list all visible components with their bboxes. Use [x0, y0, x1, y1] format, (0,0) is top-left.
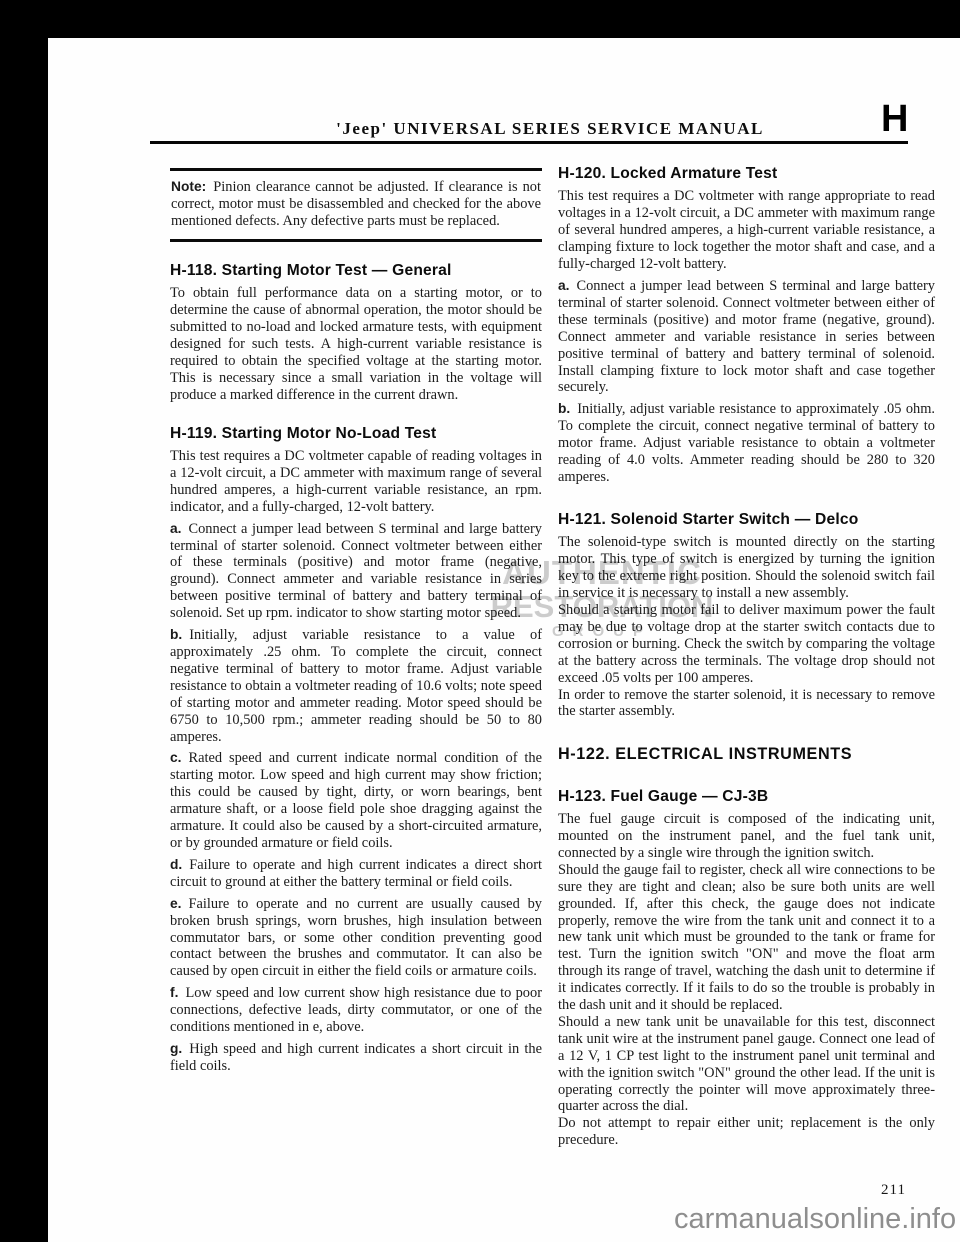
bottom-watermark: carmanualsonline.info [674, 1203, 956, 1236]
step-label: g. [170, 1041, 182, 1056]
section-intro-h120: This test requires a DC voltmeter with r… [558, 188, 935, 273]
step-text: Failure to operate and no current are us… [170, 896, 542, 980]
page-number: 211 [846, 1182, 906, 1199]
left-column: Note:Pinion clearance cannot be adjusted… [170, 168, 542, 1075]
section-paragraph: The solenoid-type switch is mounted dire… [558, 534, 935, 602]
step-label: c. [170, 750, 182, 765]
step-item-a: a.Connect a jumper lead between S termin… [170, 521, 542, 622]
section-heading-h123: H-123. Fuel Gauge — CJ-3B [558, 787, 935, 806]
step-label: a. [558, 278, 570, 293]
note-paragraph: Note:Pinion clearance cannot be adjusted… [171, 179, 541, 230]
section-heading-h121: H-121. Solenoid Starter Switch — Delco [558, 510, 935, 529]
note-box: Note:Pinion clearance cannot be adjusted… [170, 168, 542, 242]
step-text: Connect a jumper lead between S terminal… [558, 278, 935, 395]
step-item-e: e.Failure to operate and no current are … [170, 896, 542, 981]
step-item-c: c.Rated speed and current indicate norma… [170, 750, 542, 851]
step-text: Rated speed and current indicate normal … [170, 750, 542, 851]
step-text: Initially, adjust variable resistance to… [170, 627, 542, 744]
step-text: Low speed and low current show high resi… [170, 985, 542, 1035]
section-intro-h119: This test requires a DC voltmeter capabl… [170, 448, 542, 516]
section-body-h118: To obtain full performance data on a sta… [170, 285, 542, 403]
section-paragraph: Should the gauge fail to register, check… [558, 862, 935, 1014]
step-text: Initially, adjust variable resistance to… [558, 401, 935, 485]
step-text: High speed and high current indicates a … [170, 1041, 542, 1074]
section-heading-h122: H-122. ELECTRICAL INSTRUMENTS [558, 744, 935, 764]
note-label: Note: [171, 179, 206, 194]
step-label: e. [170, 896, 182, 911]
note-text: Pinion clearance cannot be adjusted. If … [171, 179, 541, 229]
page-title: 'Jeep' UNIVERSAL SERIES SERVICE MANUAL [170, 119, 930, 139]
step-item-a: a.Connect a jumper lead between S termin… [558, 278, 935, 396]
header-rule [150, 141, 908, 144]
manual-page: AUTHENTIC RESTORATION GROUP 'Jeep' UNIVE… [0, 0, 960, 1242]
section-paragraph: Do not attempt to repair either unit; re… [558, 1115, 935, 1149]
section-paragraph: Should a starting motor fail to deliver … [558, 602, 935, 687]
step-item-b: b.Initially, adjust variable resistance … [558, 401, 935, 486]
step-label: b. [170, 627, 182, 642]
section-paragraph: The fuel gauge circuit is composed of th… [558, 811, 935, 862]
section-heading-h120: H-120. Locked Armature Test [558, 164, 935, 183]
step-item-f: f.Low speed and low current show high re… [170, 985, 542, 1036]
section-paragraph: In order to remove the starter solenoid,… [558, 687, 935, 721]
scan-border-left [0, 0, 48, 1242]
right-column: H-120. Locked Armature Test This test re… [558, 164, 935, 1149]
section-heading-h119: H-119. Starting Motor No-Load Test [170, 424, 542, 443]
step-item-b: b.Initially, adjust variable resistance … [170, 627, 542, 745]
step-text: Failure to operate and high current indi… [170, 857, 542, 890]
step-label: d. [170, 857, 182, 872]
step-item-g: g.High speed and high current indicates … [170, 1041, 542, 1075]
step-text: Connect a jumper lead between S terminal… [170, 521, 542, 622]
section-paragraph: Should a new tank unit be unavailable fo… [558, 1014, 935, 1115]
step-label: a. [170, 521, 182, 536]
step-label: f. [170, 985, 178, 1000]
step-item-d: d.Failure to operate and high current in… [170, 857, 542, 891]
section-heading-h118: H-118. Starting Motor Test — General [170, 261, 542, 280]
scan-border-top [0, 0, 960, 38]
step-label: b. [558, 401, 570, 416]
section-letter: H [881, 100, 908, 138]
